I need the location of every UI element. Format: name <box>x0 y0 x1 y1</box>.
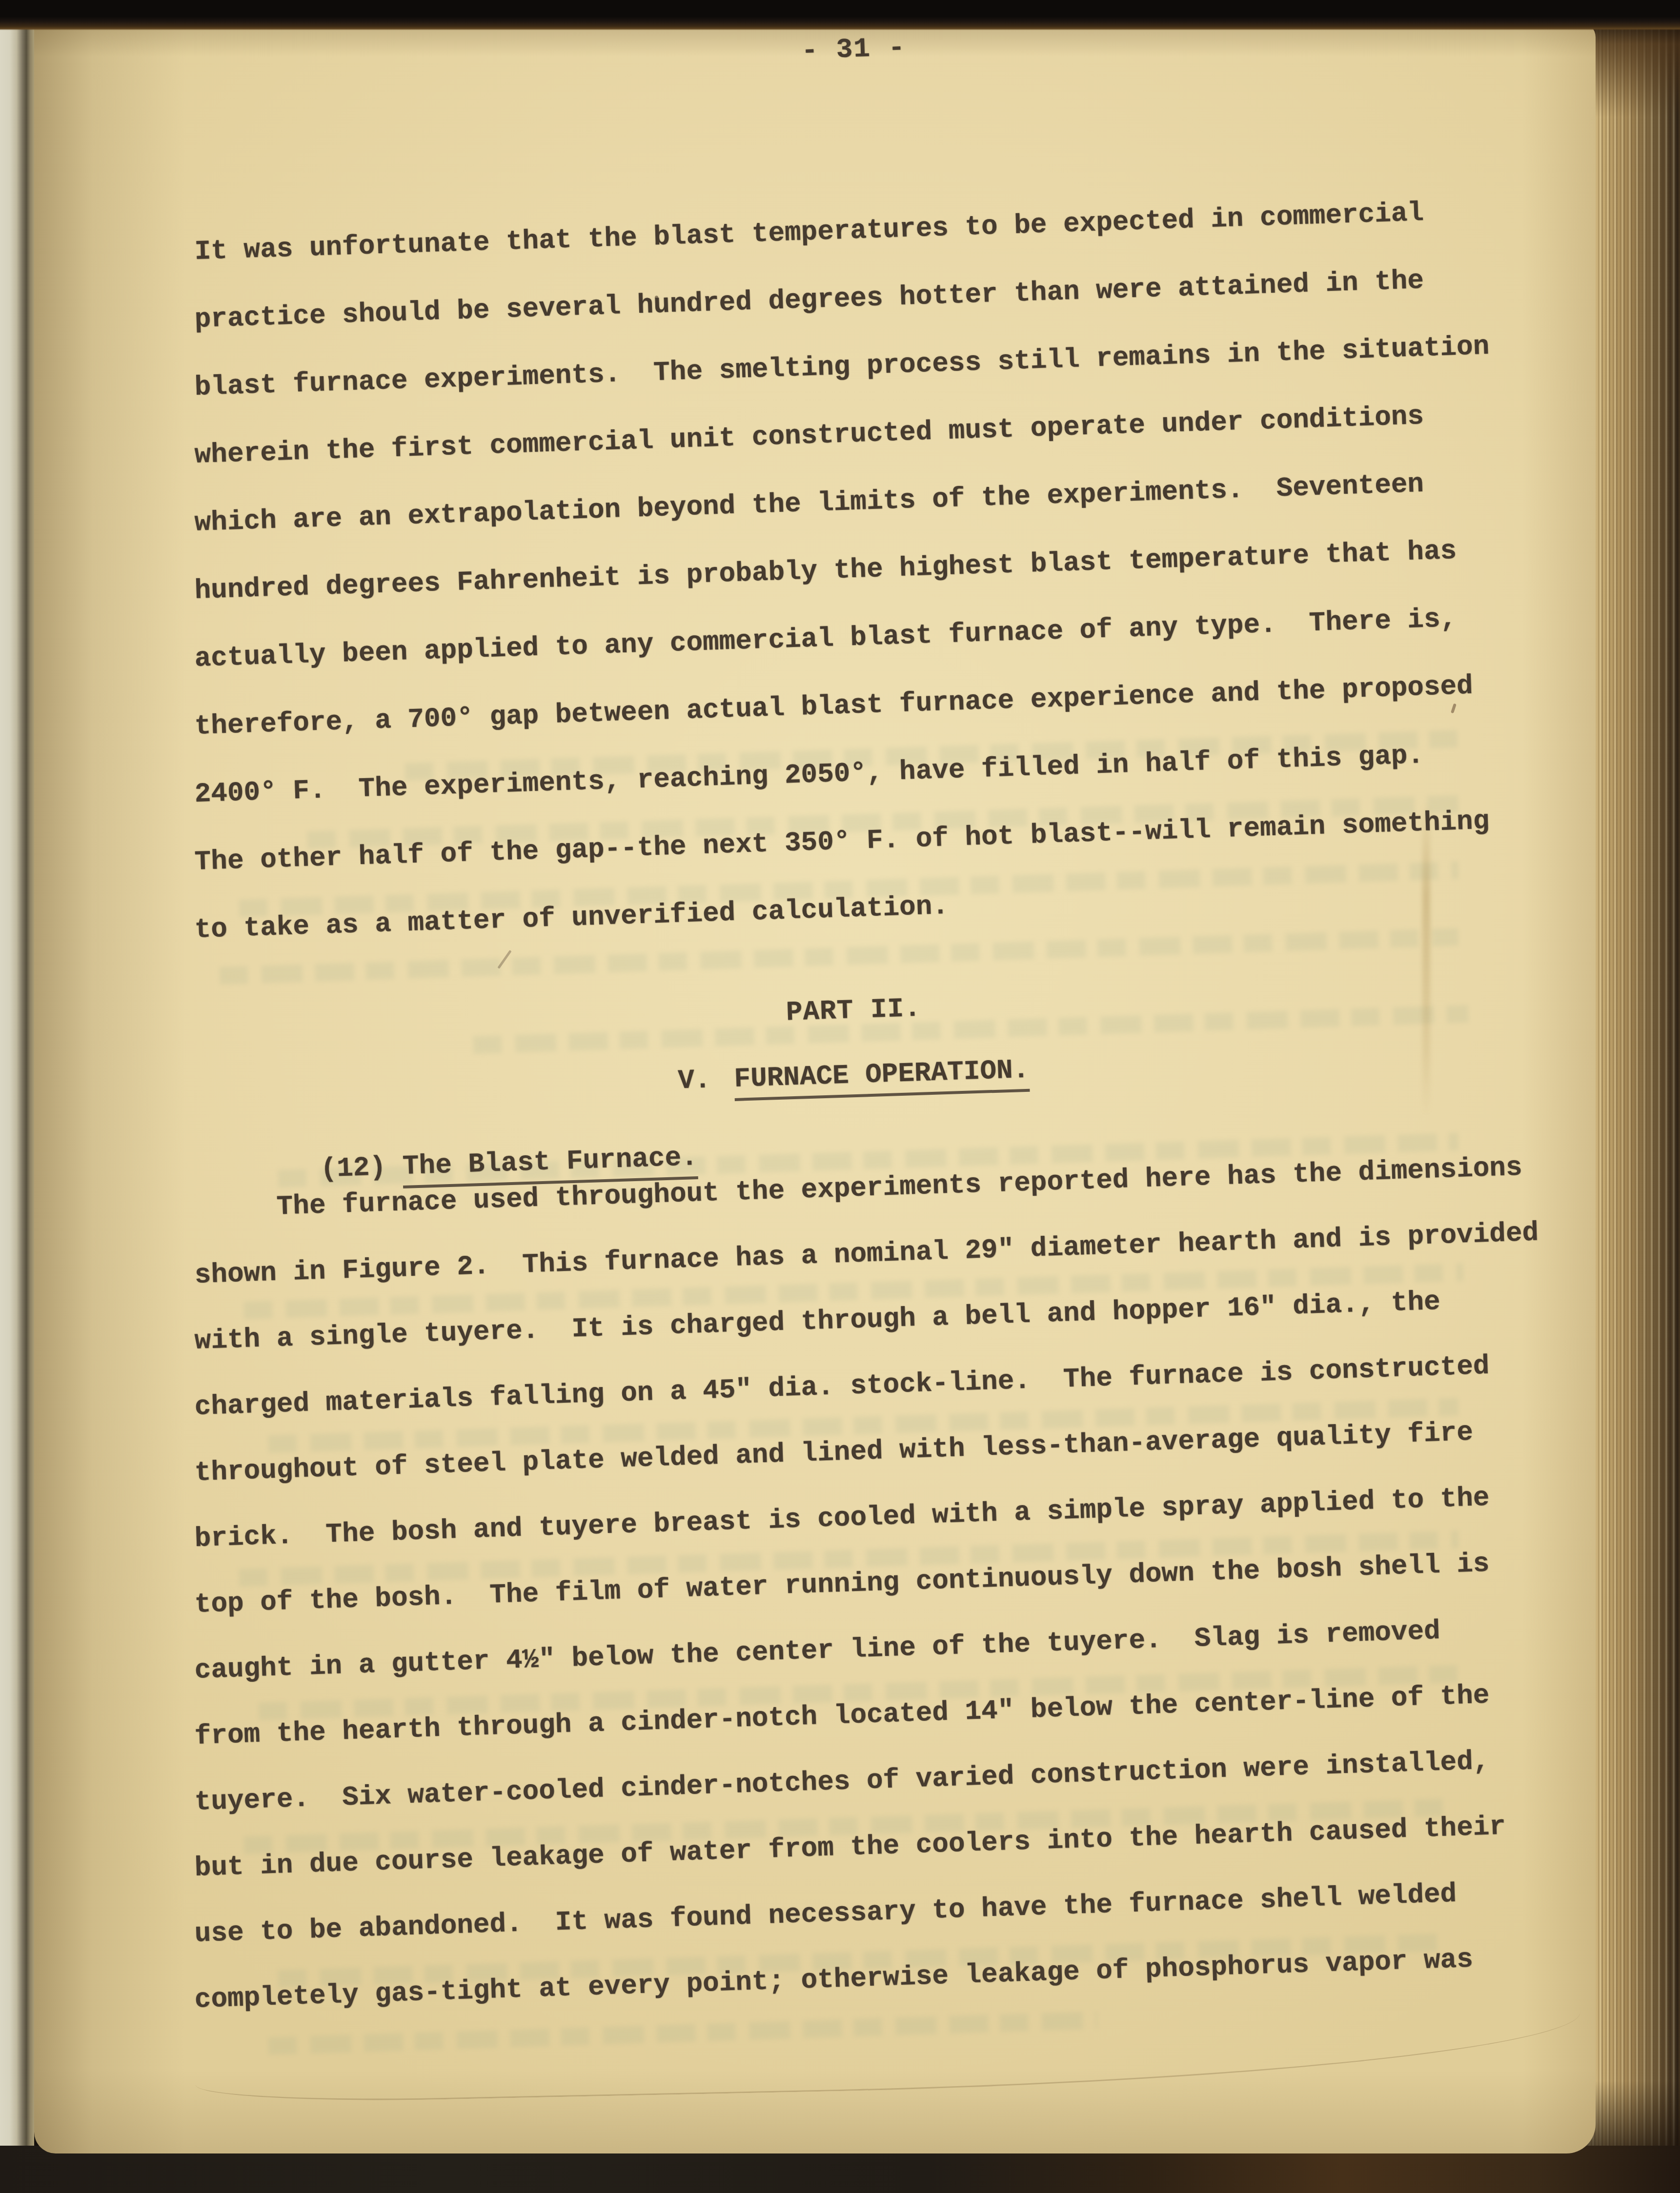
page-sheet: - 31 - It was unfortunate that the blast… <box>34 22 1596 2153</box>
book-right-pages-edge <box>1585 0 1680 2193</box>
book-scan: - 31 - It was unfortunate that the blast… <box>0 0 1680 2193</box>
part-heading: PART II. <box>195 974 1513 1047</box>
section-heading: V.FURNACE OPERATION. <box>195 1039 1513 1112</box>
typed-text-layer: - 31 - It was unfortunate that the blast… <box>195 22 1513 2120</box>
book-top-edge <box>0 0 1680 30</box>
section-number: V. <box>677 1064 711 1096</box>
body-paragraph-1: It was unfortunate that the blast temper… <box>195 236 1513 982</box>
subsection-number: (12) <box>320 1151 386 1185</box>
section-title: FURNACE OPERATION. <box>734 1054 1030 1101</box>
adjacent-page-edge <box>0 0 34 2193</box>
body-paragraph-2: The furnace used throughout the experime… <box>195 1194 1513 2050</box>
